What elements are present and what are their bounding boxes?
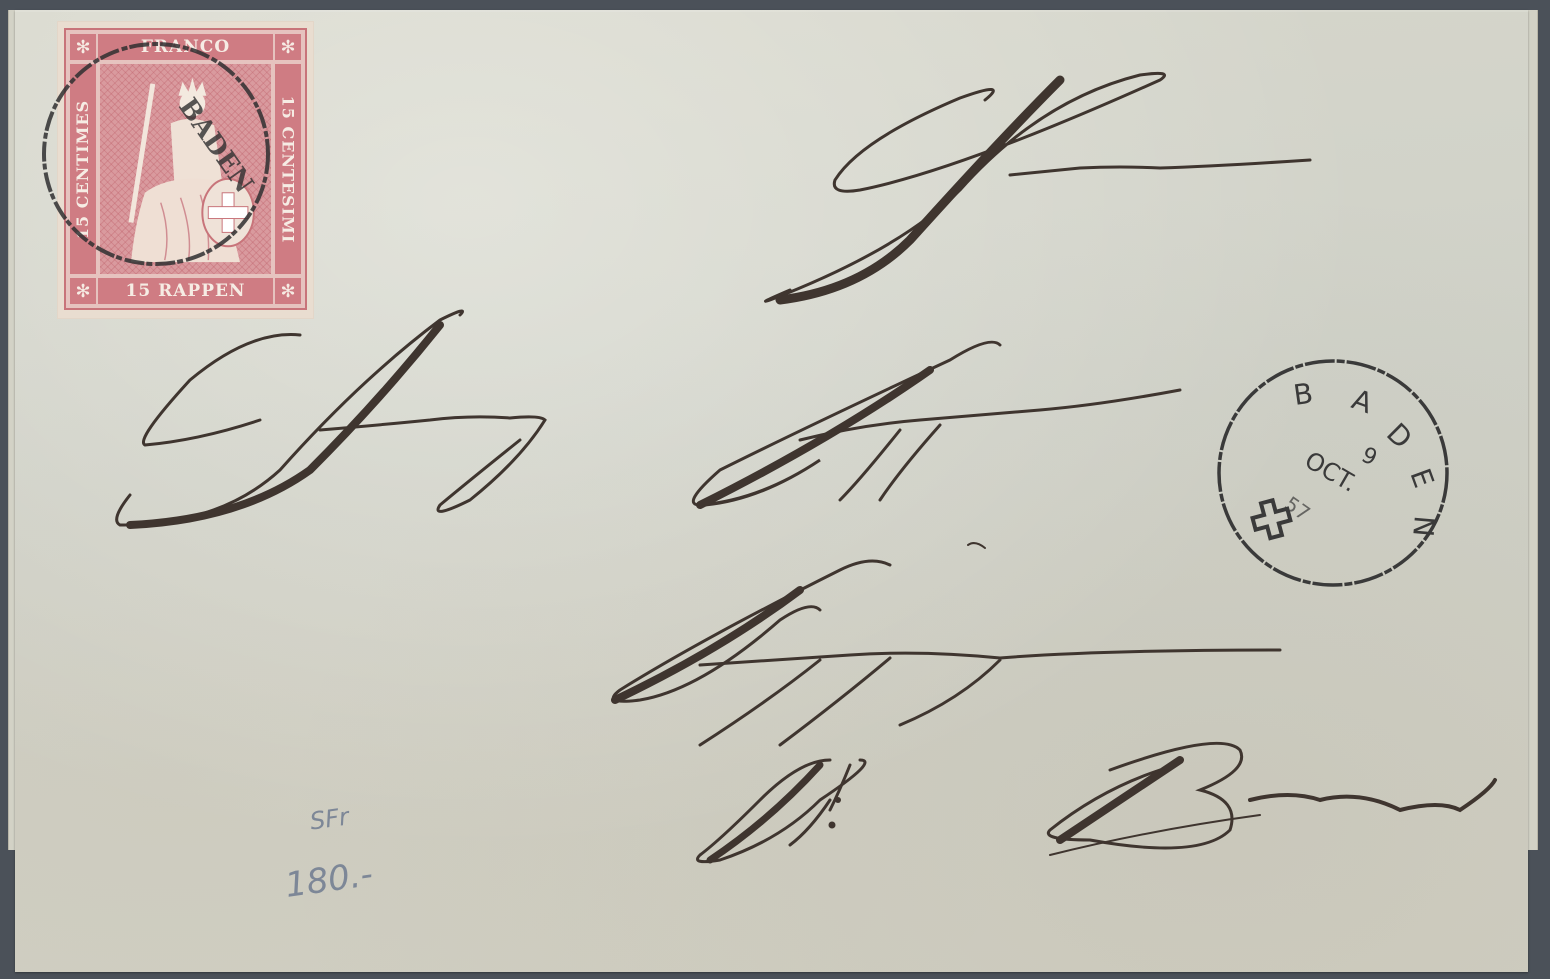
top-edge <box>15 10 1528 12</box>
stamp-right-label: 15 CENTESIMI <box>279 95 298 243</box>
postmark-day: 9 <box>1357 443 1380 472</box>
star-ornament-icon: ✻ <box>275 34 301 60</box>
svg-text:A: A <box>1348 383 1377 421</box>
postmark-month: OCT. <box>1300 446 1362 498</box>
postmark-stamp-town: BADEN <box>172 93 259 199</box>
star-ornament-icon: ✻ <box>275 278 301 304</box>
star-ornament-icon: ✻ <box>70 278 96 304</box>
postmark-cover: B A D E N 9 OCT. 57 <box>1215 355 1455 595</box>
svg-text:N: N <box>1406 514 1441 538</box>
stamp-value-label: 15 RAPPEN <box>98 278 273 304</box>
svg-text:D: D <box>1380 417 1419 456</box>
stamp-right-band: 15 CENTESIMI <box>275 64 301 274</box>
postmark-cover-town-b: B <box>1291 377 1315 412</box>
svg-text:E: E <box>1403 464 1440 492</box>
pencil-catalogue-note: SFr <box>308 802 350 835</box>
postmark-on-stamp: BADEN <box>38 36 278 271</box>
